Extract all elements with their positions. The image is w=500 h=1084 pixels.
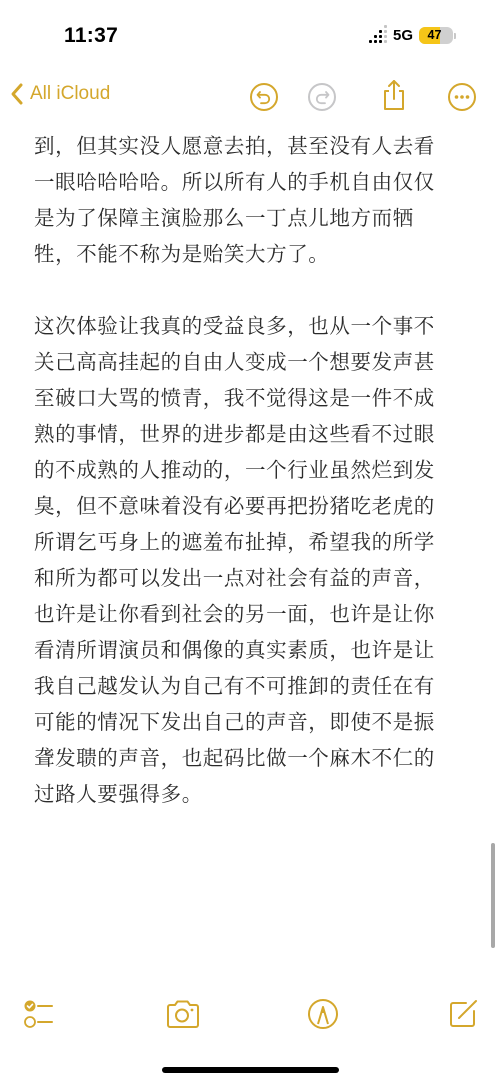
vertical-scrollbar[interactable] — [491, 843, 495, 948]
cellular-signal-icon — [369, 29, 387, 43]
paragraph-gap — [34, 272, 464, 308]
redo-icon — [307, 82, 337, 112]
note-line: 所谓乞丐身上的遮羞布扯掉，希望我的所学 — [34, 524, 464, 560]
camera-button[interactable] — [165, 996, 201, 1032]
redo-button[interactable] — [307, 82, 337, 112]
share-button[interactable] — [379, 78, 409, 112]
status-time: 11:37 — [64, 24, 118, 48]
back-button[interactable]: All iCloud — [10, 82, 110, 106]
status-bar: 11:37 5G 47 — [0, 0, 500, 62]
share-icon — [379, 78, 409, 112]
undo-button[interactable] — [249, 82, 279, 112]
note-line: 臭，但不意味着没有必要再把扮猪吃老虎的 — [34, 488, 464, 524]
note-line: 是为了保障主演脸那么一丁点儿地方而牺 — [34, 200, 464, 236]
battery-percent: 47 — [419, 27, 453, 44]
network-type: 5G — [393, 27, 413, 44]
note-line: 熟的事情，世界的进步都是由这些看不过眼 — [34, 416, 464, 452]
note-line: 看清所谓演员和偶像的真实素质，也许是让 — [34, 632, 464, 668]
battery-icon: 47 — [419, 27, 453, 44]
bottom-toolbar — [0, 990, 500, 1038]
checklist-icon — [20, 996, 56, 1032]
compose-icon — [445, 996, 481, 1032]
markup-button[interactable] — [305, 996, 341, 1032]
note-body[interactable]: 到，但其实没人愿意去拍，甚至没有人去看 一眼哈哈哈哈。所以所有人的手机自由仅仅 … — [34, 128, 464, 812]
note-line: 到，但其实没人愿意去拍，甚至没有人去看 — [34, 128, 464, 164]
undo-icon — [249, 82, 279, 112]
camera-icon — [165, 996, 201, 1032]
note-line: 牲，不能不称为是贻笑大方了。 — [34, 236, 464, 272]
note-line: 我自己越发认为自己有不可推卸的责任在有 — [34, 668, 464, 704]
note-line: 关己高高挂起的自由人变成一个想要发声甚 — [34, 344, 464, 380]
home-indicator[interactable] — [162, 1067, 339, 1073]
note-line: 的不成熟的人推动的，一个行业虽然烂到发 — [34, 452, 464, 488]
note-line: 至破口大骂的愤青，我不觉得这是一件不成 — [34, 380, 464, 416]
markup-pen-icon — [305, 996, 341, 1032]
chevron-left-icon — [10, 82, 24, 106]
note-line: 这次体验让我真的受益良多，也从一个事不 — [34, 308, 464, 344]
note-line: 聋发聩的声音，也起码比做一个麻木不仁的 — [34, 740, 464, 776]
back-label: All iCloud — [30, 83, 110, 105]
more-button[interactable] — [447, 82, 477, 112]
battery-cap — [454, 33, 456, 39]
note-line: 和所为都可以发出一点对社会有益的声音， — [34, 560, 464, 596]
nav-bar: All iCloud — [0, 74, 500, 120]
checklist-button[interactable] — [20, 996, 56, 1032]
status-indicators: 5G 47 — [369, 27, 456, 44]
note-line: 可能的情况下发出自己的声音，即使不是振 — [34, 704, 464, 740]
note-line: 也许是让你看到社会的另一面，也许是让你 — [34, 596, 464, 632]
note-line: 一眼哈哈哈哈。所以所有人的手机自由仅仅 — [34, 164, 464, 200]
more-icon — [447, 82, 477, 112]
note-line: 过路人要强得多。 — [34, 776, 464, 812]
compose-button[interactable] — [445, 996, 481, 1032]
